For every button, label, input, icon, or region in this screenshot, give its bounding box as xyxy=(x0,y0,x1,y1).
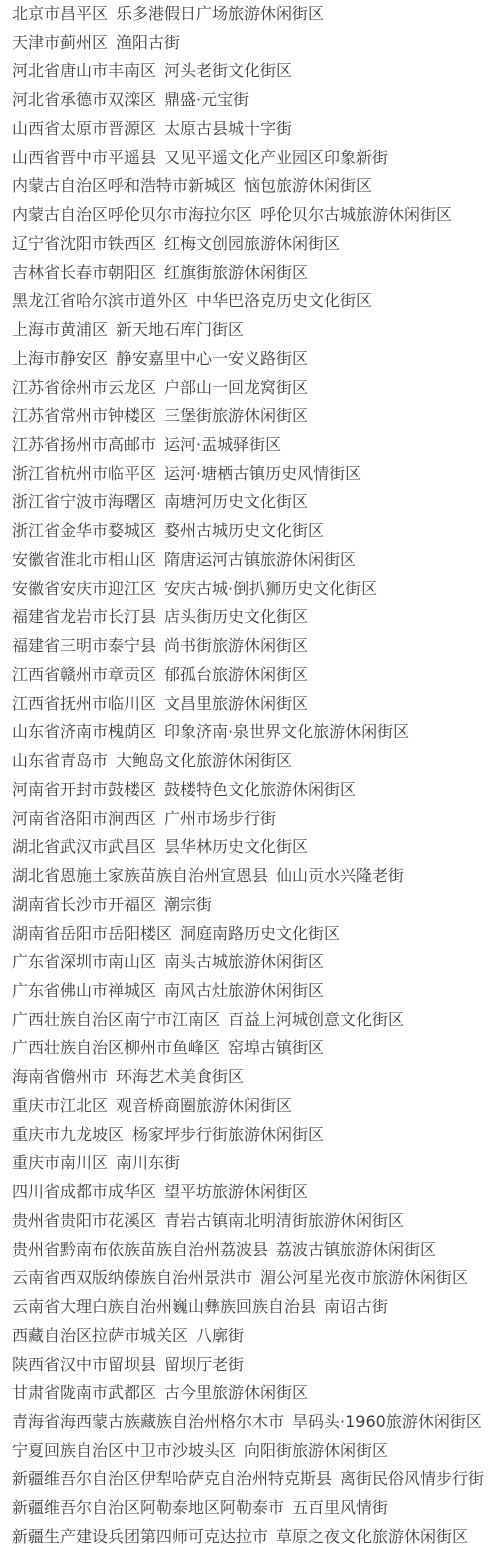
region-text: 浙江省宁波市海曙区 xyxy=(12,492,156,511)
region-text: 山东省济南市槐荫区 xyxy=(12,722,156,741)
list-item: 福建省龙岩市长汀县店头街历史文化街区 xyxy=(12,603,490,632)
list-item: 云南省西双版纳傣族自治州景洪市湄公河星光夜市旅游休闲街区 xyxy=(12,1264,490,1293)
street-name-text: 店头街历史文化街区 xyxy=(164,607,308,626)
region-text: 广西壮族自治区柳州市鱼峰区 xyxy=(12,1038,220,1057)
list-item: 重庆市南川区南川东街 xyxy=(12,1149,490,1178)
region-text: 江苏省扬州市高邮市 xyxy=(12,435,156,454)
street-name-text: 留坝厅老街 xyxy=(164,1355,244,1374)
list-item: 北京市昌平区乐多港假日广场旅游休闲街区 xyxy=(12,0,490,29)
region-text: 重庆市九龙坡区 xyxy=(12,1125,124,1144)
region-text: 西藏自治区拉萨市城关区 xyxy=(12,1326,188,1345)
street-name-text: 静安嘉里中心一安义路街区 xyxy=(116,349,308,368)
region-text: 河南省洛阳市涧西区 xyxy=(12,809,156,828)
street-name-text: 呼伦贝尔古城旅游休闲街区 xyxy=(260,205,452,224)
list-item: 天津市蓟州区渔阳古街 xyxy=(12,29,490,58)
region-text: 内蒙古自治区呼伦贝尔市海拉尔区 xyxy=(12,205,252,224)
street-name-text: 五百里风情街 xyxy=(292,1498,388,1517)
region-text: 陕西省汉中市留坝县 xyxy=(12,1355,156,1374)
list-item: 吉林省长春市朝阳区红旗街旅游休闲街区 xyxy=(12,259,490,288)
street-list: 北京市昌平区乐多港假日广场旅游休闲街区天津市蓟州区渔阳古街河北省唐山市丰南区河头… xyxy=(12,0,490,1552)
region-text: 广东省佛山市禅城区 xyxy=(12,981,156,1000)
list-item: 重庆市江北区观音桥商圈旅游休闲街区 xyxy=(12,1092,490,1121)
region-text: 辽宁省沈阳市铁西区 xyxy=(12,234,156,253)
region-text: 江西省赣州市章贡区 xyxy=(12,665,156,684)
list-item: 江西省抚州市临川区文昌里旅游休闲街区 xyxy=(12,690,490,719)
region-text: 河北省承德市双滦区 xyxy=(12,90,156,109)
street-name-text: 乐多港假日广场旅游休闲街区 xyxy=(116,4,324,23)
list-item: 云南省大理白族自治州巍山彝族回族自治县南诏古街 xyxy=(12,1293,490,1322)
street-name-text: 文昌里旅游休闲街区 xyxy=(164,694,308,713)
list-item: 新疆生产建设兵团第四师可克达拉市草原之夜文化旅游休闲街区 xyxy=(12,1523,490,1552)
region-text: 湖南省岳阳市岳阳楼区 xyxy=(12,924,172,943)
region-text: 云南省西双版纳傣族自治州景洪市 xyxy=(12,1268,252,1287)
street-name-text: 湄公河星光夜市旅游休闲街区 xyxy=(260,1268,468,1287)
region-text: 重庆市江北区 xyxy=(12,1096,108,1115)
street-name-text: 运河·盂城驿街区 xyxy=(164,435,281,454)
street-name-text: 百益上河城创意文化街区 xyxy=(228,1010,404,1029)
list-item: 浙江省杭州市临平区运河·塘栖古镇历史风情街区 xyxy=(12,460,490,489)
list-item: 湖北省武汉市武昌区昙华林历史文化街区 xyxy=(12,833,490,862)
region-text: 福建省三明市泰宁县 xyxy=(12,636,156,655)
region-text: 安徽省安庆市迎江区 xyxy=(12,579,156,598)
region-text: 上海市黄浦区 xyxy=(12,320,108,339)
region-text: 江西省抚州市临川区 xyxy=(12,694,156,713)
street-name-text: 旱码头·1960旅游休闲街区 xyxy=(292,1412,482,1431)
list-item: 四川省成都市成华区望平坊旅游休闲街区 xyxy=(12,1178,490,1207)
street-name-text: 尚书街旅游休闲街区 xyxy=(164,636,308,655)
region-text: 新疆维吾尔自治区阿勒泰地区阿勒泰市 xyxy=(12,1498,284,1517)
list-item: 内蒙古自治区呼和浩特市新城区恼包旅游休闲街区 xyxy=(12,172,490,201)
street-name-text: 婺州古城历史文化街区 xyxy=(164,521,324,540)
region-text: 湖北省武汉市武昌区 xyxy=(12,837,156,856)
region-text: 云南省大理白族自治州巍山彝族回族自治县 xyxy=(12,1297,316,1316)
region-text: 上海市静安区 xyxy=(12,349,108,368)
list-item: 河南省开封市鼓楼区鼓楼特色文化旅游休闲街区 xyxy=(12,776,490,805)
region-text: 内蒙古自治区呼和浩特市新城区 xyxy=(12,176,236,195)
region-text: 新疆维吾尔自治区伊犁哈萨克自治州特克斯县 xyxy=(12,1469,332,1488)
list-item: 江苏省扬州市高邮市运河·盂城驿街区 xyxy=(12,431,490,460)
region-text: 吉林省长春市朝阳区 xyxy=(12,263,156,282)
street-name-text: 荔波古镇旅游休闲街区 xyxy=(276,1240,436,1259)
list-item: 贵州省贵阳市花溪区青岩古镇南北明清街旅游休闲街区 xyxy=(12,1207,490,1236)
street-name-text: 杨家坪步行街旅游休闲街区 xyxy=(132,1125,324,1144)
region-text: 江苏省徐州市云龙区 xyxy=(12,378,156,397)
street-name-text: 三堡街旅游休闲街区 xyxy=(164,406,308,425)
region-text: 新疆生产建设兵团第四师可克达拉市 xyxy=(12,1527,268,1546)
street-name-text: 环海艺术美食街区 xyxy=(116,1067,244,1086)
list-item: 福建省三明市泰宁县尚书街旅游休闲街区 xyxy=(12,632,490,661)
list-item: 陕西省汉中市留坝县留坝厅老街 xyxy=(12,1351,490,1380)
street-name-text: 离街民俗风情步行街 xyxy=(340,1469,484,1488)
list-item: 甘肃省陇南市武都区古今里旅游休闲街区 xyxy=(12,1379,490,1408)
region-text: 河北省唐山市丰南区 xyxy=(12,61,156,80)
region-text: 黑龙江省哈尔滨市道外区 xyxy=(12,291,188,310)
street-name-text: 红梅文创园旅游休闲街区 xyxy=(164,234,340,253)
street-name-text: 隋唐运河古镇旅游休闲街区 xyxy=(164,550,356,569)
region-text: 贵州省黔南布依族苗族自治州荔波县 xyxy=(12,1240,268,1259)
street-name-text: 潮宗街 xyxy=(164,895,212,914)
street-name-text: 南诏古街 xyxy=(324,1297,388,1316)
street-name-text: 又见平遥文化产业园区印象新街 xyxy=(164,148,388,167)
street-name-text: 鼓楼特色文化旅游休闲街区 xyxy=(164,780,356,799)
list-item: 山西省晋中市平遥县又见平遥文化产业园区印象新街 xyxy=(12,144,490,173)
street-name-text: 窑埠古镇街区 xyxy=(228,1038,324,1057)
street-name-text: 河头老街文化街区 xyxy=(164,61,292,80)
list-item: 上海市静安区静安嘉里中心一安义路街区 xyxy=(12,345,490,374)
street-name-text: 南头古城旅游休闲街区 xyxy=(164,952,324,971)
street-name-text: 向阳街旅游休闲街区 xyxy=(244,1441,388,1460)
street-name-text: 观音桥商圈旅游休闲街区 xyxy=(116,1096,292,1115)
list-item: 湖南省长沙市开福区潮宗街 xyxy=(12,891,490,920)
street-name-text: 新天地石库门街区 xyxy=(116,320,244,339)
street-list-document: 北京市昌平区乐多港假日广场旅游休闲街区天津市蓟州区渔阳古街河北省唐山市丰南区河头… xyxy=(0,0,490,1552)
list-item: 河南省洛阳市涧西区广州市场步行街 xyxy=(12,805,490,834)
list-item: 广东省佛山市禅城区南风古灶旅游休闲街区 xyxy=(12,977,490,1006)
list-item: 山东省济南市槐荫区印象济南·泉世界文化旅游休闲街区 xyxy=(12,718,490,747)
region-text: 安徽省淮北市相山区 xyxy=(12,550,156,569)
list-item: 广西壮族自治区柳州市鱼峰区窑埠古镇街区 xyxy=(12,1034,490,1063)
street-name-text: 青岩古镇南北明清街旅游休闲街区 xyxy=(164,1211,404,1230)
list-item: 上海市黄浦区新天地石库门街区 xyxy=(12,316,490,345)
region-text: 湖北省恩施土家族苗族自治州宣恩县 xyxy=(12,866,268,885)
street-name-text: 南风古灶旅游休闲街区 xyxy=(164,981,324,1000)
list-item: 河北省唐山市丰南区河头老街文化街区 xyxy=(12,57,490,86)
street-name-text: 安庆古城·倒扒狮历史文化街区 xyxy=(164,579,377,598)
street-name-text: 昙华林历史文化街区 xyxy=(164,837,308,856)
list-item: 重庆市九龙坡区杨家坪步行街旅游休闲街区 xyxy=(12,1121,490,1150)
list-item: 青海省海西蒙古族藏族自治州格尔木市旱码头·1960旅游休闲街区 xyxy=(12,1408,490,1437)
street-name-text: 洞庭南路历史文化街区 xyxy=(180,924,340,943)
region-text: 浙江省金华市婺城区 xyxy=(12,521,156,540)
list-item: 山西省太原市晋源区太原古县城十字街 xyxy=(12,115,490,144)
region-text: 海南省儋州市 xyxy=(12,1067,108,1086)
region-text: 福建省龙岩市长汀县 xyxy=(12,607,156,626)
street-name-text: 仙山贡水兴隆老街 xyxy=(276,866,404,885)
region-text: 贵州省贵阳市花溪区 xyxy=(12,1211,156,1230)
list-item: 西藏自治区拉萨市城关区八廓街 xyxy=(12,1322,490,1351)
list-item: 安徽省安庆市迎江区安庆古城·倒扒狮历史文化街区 xyxy=(12,575,490,604)
region-text: 湖南省长沙市开福区 xyxy=(12,895,156,914)
list-item: 浙江省金华市婺城区婺州古城历史文化街区 xyxy=(12,517,490,546)
street-name-text: 恼包旅游休闲街区 xyxy=(244,176,372,195)
list-item: 黑龙江省哈尔滨市道外区中华巴洛克历史文化街区 xyxy=(12,287,490,316)
list-item: 湖南省岳阳市岳阳楼区洞庭南路历史文化街区 xyxy=(12,920,490,949)
list-item: 浙江省宁波市海曙区南塘河历史文化街区 xyxy=(12,488,490,517)
region-text: 甘肃省陇南市武都区 xyxy=(12,1383,156,1402)
list-item: 新疆维吾尔自治区伊犁哈萨克自治州特克斯县离街民俗风情步行街 xyxy=(12,1465,490,1494)
list-item: 新疆维吾尔自治区阿勒泰地区阿勒泰市五百里风情街 xyxy=(12,1494,490,1523)
street-name-text: 大鲍岛文化旅游休闲街区 xyxy=(116,751,292,770)
list-item: 海南省儋州市环海艺术美食街区 xyxy=(12,1063,490,1092)
street-name-text: 中华巴洛克历史文化街区 xyxy=(196,291,372,310)
region-text: 山西省晋中市平遥县 xyxy=(12,148,156,167)
street-name-text: 太原古县城十字街 xyxy=(164,119,292,138)
region-text: 天津市蓟州区 xyxy=(12,33,108,52)
street-name-text: 鼎盛·元宝街 xyxy=(164,90,249,109)
region-text: 重庆市南川区 xyxy=(12,1153,108,1172)
region-text: 山东省青岛市 xyxy=(12,751,108,770)
region-text: 山西省太原市晋源区 xyxy=(12,119,156,138)
street-name-text: 古今里旅游休闲街区 xyxy=(164,1383,308,1402)
region-text: 广西壮族自治区南宁市江南区 xyxy=(12,1010,220,1029)
list-item: 江苏省常州市钟楼区三堡街旅游休闲街区 xyxy=(12,402,490,431)
list-item: 宁夏回族自治区中卫市沙坡头区向阳街旅游休闲街区 xyxy=(12,1437,490,1466)
region-text: 江苏省常州市钟楼区 xyxy=(12,406,156,425)
list-item: 内蒙古自治区呼伦贝尔市海拉尔区呼伦贝尔古城旅游休闲街区 xyxy=(12,201,490,230)
street-name-text: 户部山一回龙窝街区 xyxy=(164,378,308,397)
list-item: 江苏省徐州市云龙区户部山一回龙窝街区 xyxy=(12,374,490,403)
list-item: 贵州省黔南布依族苗族自治州荔波县荔波古镇旅游休闲街区 xyxy=(12,1236,490,1265)
street-name-text: 广州市场步行街 xyxy=(164,809,276,828)
street-name-text: 南川东街 xyxy=(116,1153,180,1172)
region-text: 浙江省杭州市临平区 xyxy=(12,464,156,483)
region-text: 北京市昌平区 xyxy=(12,4,108,23)
street-name-text: 红旗街旅游休闲街区 xyxy=(164,263,308,282)
street-name-text: 郁孤台旅游休闲街区 xyxy=(164,665,308,684)
street-name-text: 草原之夜文化旅游休闲街区 xyxy=(276,1527,468,1546)
list-item: 江西省赣州市章贡区郁孤台旅游休闲街区 xyxy=(12,661,490,690)
street-name-text: 望平坊旅游休闲街区 xyxy=(164,1182,308,1201)
list-item: 广西壮族自治区南宁市江南区百益上河城创意文化街区 xyxy=(12,1006,490,1035)
list-item: 安徽省淮北市相山区隋唐运河古镇旅游休闲街区 xyxy=(12,546,490,575)
street-name-text: 八廓街 xyxy=(196,1326,244,1345)
list-item: 河北省承德市双滦区鼎盛·元宝街 xyxy=(12,86,490,115)
street-name-text: 印象济南·泉世界文化旅游休闲街区 xyxy=(164,722,409,741)
region-text: 广东省深圳市南山区 xyxy=(12,952,156,971)
street-name-text: 运河·塘栖古镇历史风情街区 xyxy=(164,464,361,483)
list-item: 湖北省恩施土家族苗族自治州宣恩县仙山贡水兴隆老街 xyxy=(12,862,490,891)
region-text: 河南省开封市鼓楼区 xyxy=(12,780,156,799)
list-item: 山东省青岛市大鲍岛文化旅游休闲街区 xyxy=(12,747,490,776)
region-text: 宁夏回族自治区中卫市沙坡头区 xyxy=(12,1441,236,1460)
street-name-text: 南塘河历史文化街区 xyxy=(164,492,308,511)
region-text: 青海省海西蒙古族藏族自治州格尔木市 xyxy=(12,1412,284,1431)
street-name-text: 渔阳古街 xyxy=(116,33,180,52)
list-item: 广东省深圳市南山区南头古城旅游休闲街区 xyxy=(12,948,490,977)
list-item: 辽宁省沈阳市铁西区红梅文创园旅游休闲街区 xyxy=(12,230,490,259)
region-text: 四川省成都市成华区 xyxy=(12,1182,156,1201)
